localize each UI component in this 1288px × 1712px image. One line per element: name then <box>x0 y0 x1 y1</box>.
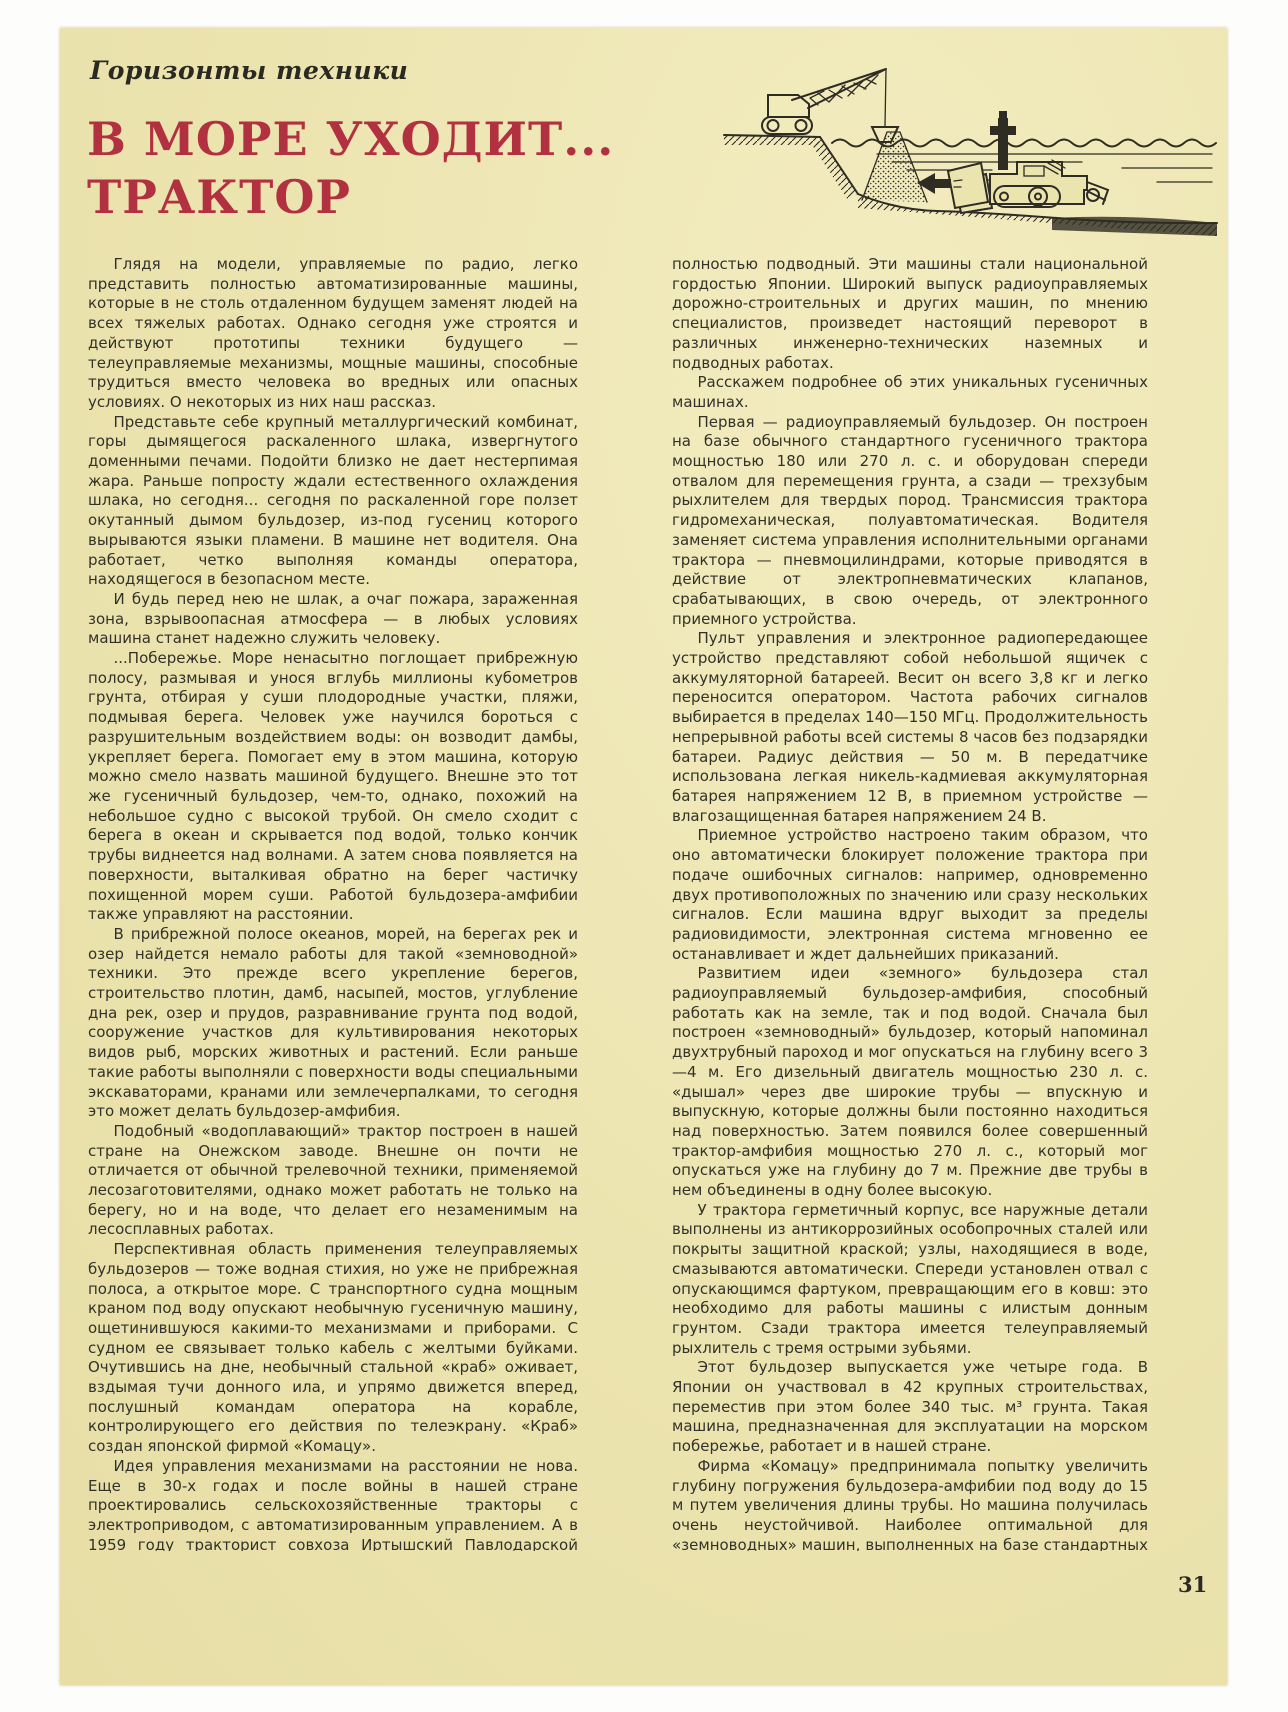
paragraph: Перспективная область применения телеупр… <box>88 1240 578 1457</box>
page-number: 31 <box>1178 1572 1207 1597</box>
title-line-1: В МОРЕ УХОДИТ... <box>87 112 614 166</box>
crane-underwater-bulldozer-illustration <box>652 50 1227 250</box>
paragraph: Этот бульдозер выпускается уже четыре го… <box>672 1358 1148 1457</box>
paragraph: Расскажем подробнее об этих уникальных г… <box>672 373 1148 412</box>
paragraph: Первая — радиоуправляемый бульдозер. Он … <box>672 413 1148 630</box>
article-title: В МОРЕ УХОДИТ...ТРАКТОР <box>87 110 614 226</box>
paragraph: ...Побережье. Море ненасытно поглощает п… <box>88 649 578 925</box>
left-column: Глядя на модели, управляемые по радио, л… <box>88 255 578 1551</box>
paragraph: В прибрежной полосе океанов, морей, на б… <box>88 925 578 1122</box>
paragraph: Развитием идеи «земного» бульдозера стал… <box>672 964 1148 1200</box>
paragraph: Подобный «водоплавающий» трактор построе… <box>88 1122 578 1240</box>
paragraph: полностью подводный. Эти машины стали на… <box>672 255 1148 373</box>
paragraph: Приемное устройство настроено таким обра… <box>672 826 1148 964</box>
section-kicker: Горизонты техники <box>90 56 408 85</box>
paragraph: Пульт управления и электронное радиопере… <box>672 629 1148 826</box>
paragraph: Глядя на модели, управляемые по радио, л… <box>88 255 578 413</box>
paragraph: У трактора герметичный корпус, все наруж… <box>672 1201 1148 1359</box>
paragraph: И будь перед нею не шлак, а очаг пожара,… <box>88 590 578 649</box>
title-line-2: ТРАКТОР <box>87 170 351 224</box>
magazine-page: Горизонты техники В МОРЕ УХОДИТ...ТРАКТО… <box>60 28 1227 1685</box>
paragraph: Фирма «Комацу» предпринимала попытку уве… <box>672 1457 1148 1551</box>
paragraph: Идея управления механизмами на расстояни… <box>88 1457 578 1551</box>
right-column: полностью подводный. Эти машины стали на… <box>672 255 1148 1551</box>
paragraph: Представьте себе крупный металлургически… <box>88 413 578 590</box>
